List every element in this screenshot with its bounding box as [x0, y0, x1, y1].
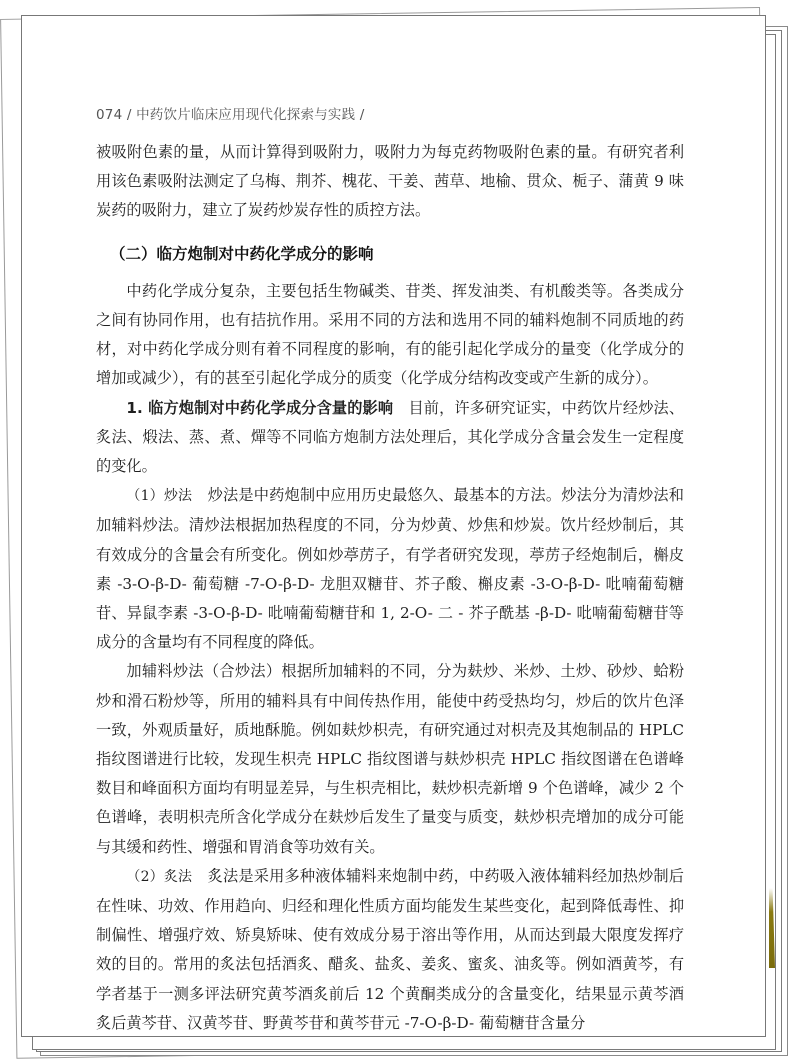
running-head: 074 / 中药饮片临床应用现代化探索与实践 / [96, 103, 365, 123]
paragraph-fuliao-chaofa: 加辅料炒法（合炒法）根据所加辅料的不同，分为麸炒、米炒、土炒、砂炒、蛤粉炒和滑石… [96, 657, 684, 861]
book-title: / 中药饮片临床应用现代化探索与实践 / [122, 107, 364, 123]
page-body: 被吸附色素的量，从而计算得到吸附力，吸附力为每克药物吸附色素的量。有研究者利用该… [96, 138, 684, 1038]
subsection-heading: 1. 临方炮制对中药化学成分含量的影响 [126, 399, 393, 417]
page-number: 074 [96, 107, 122, 123]
item-label-zhifa: （2）炙法 [126, 869, 192, 885]
section-heading: （二）临方炮制对中药化学成分的影响 [96, 240, 684, 269]
paragraph-subsection-1: 1. 临方炮制对中药化学成分含量的影响 目前，许多研究证实，中药饮片经炒法、炙法… [96, 394, 684, 482]
paragraph-zhifa: （2）炙法 炙法是采用多种液体辅料来炮制中药，中药吸入液体辅料经加热炒制后在性味… [96, 862, 684, 1038]
paragraph-continuation: 被吸附色素的量，从而计算得到吸附力，吸附力为每克药物吸附色素的量。有研究者利用该… [96, 138, 684, 226]
item-body-zhifa: 炙法是采用多种液体辅料来炮制中药，中药吸入液体辅料经加热炒制后在性味、功效、作用… [96, 867, 684, 1032]
item-body-chaofa: 炒法是中药炮制中应用历史最悠久、最基本的方法。炒法分为清炒法和加辅料炒法。清炒法… [96, 486, 684, 651]
item-label-chaofa: （1）炒法 [126, 488, 192, 504]
paragraph-chaofa: （1）炒法 炒法是中药炮制中应用历史最悠久、最基本的方法。炒法分为清炒法和加辅料… [96, 481, 684, 657]
paragraph-intro: 中药化学成分复杂，主要包括生物碱类、苷类、挥发油类、有机酸类等。各类成分之间有协… [96, 277, 684, 394]
